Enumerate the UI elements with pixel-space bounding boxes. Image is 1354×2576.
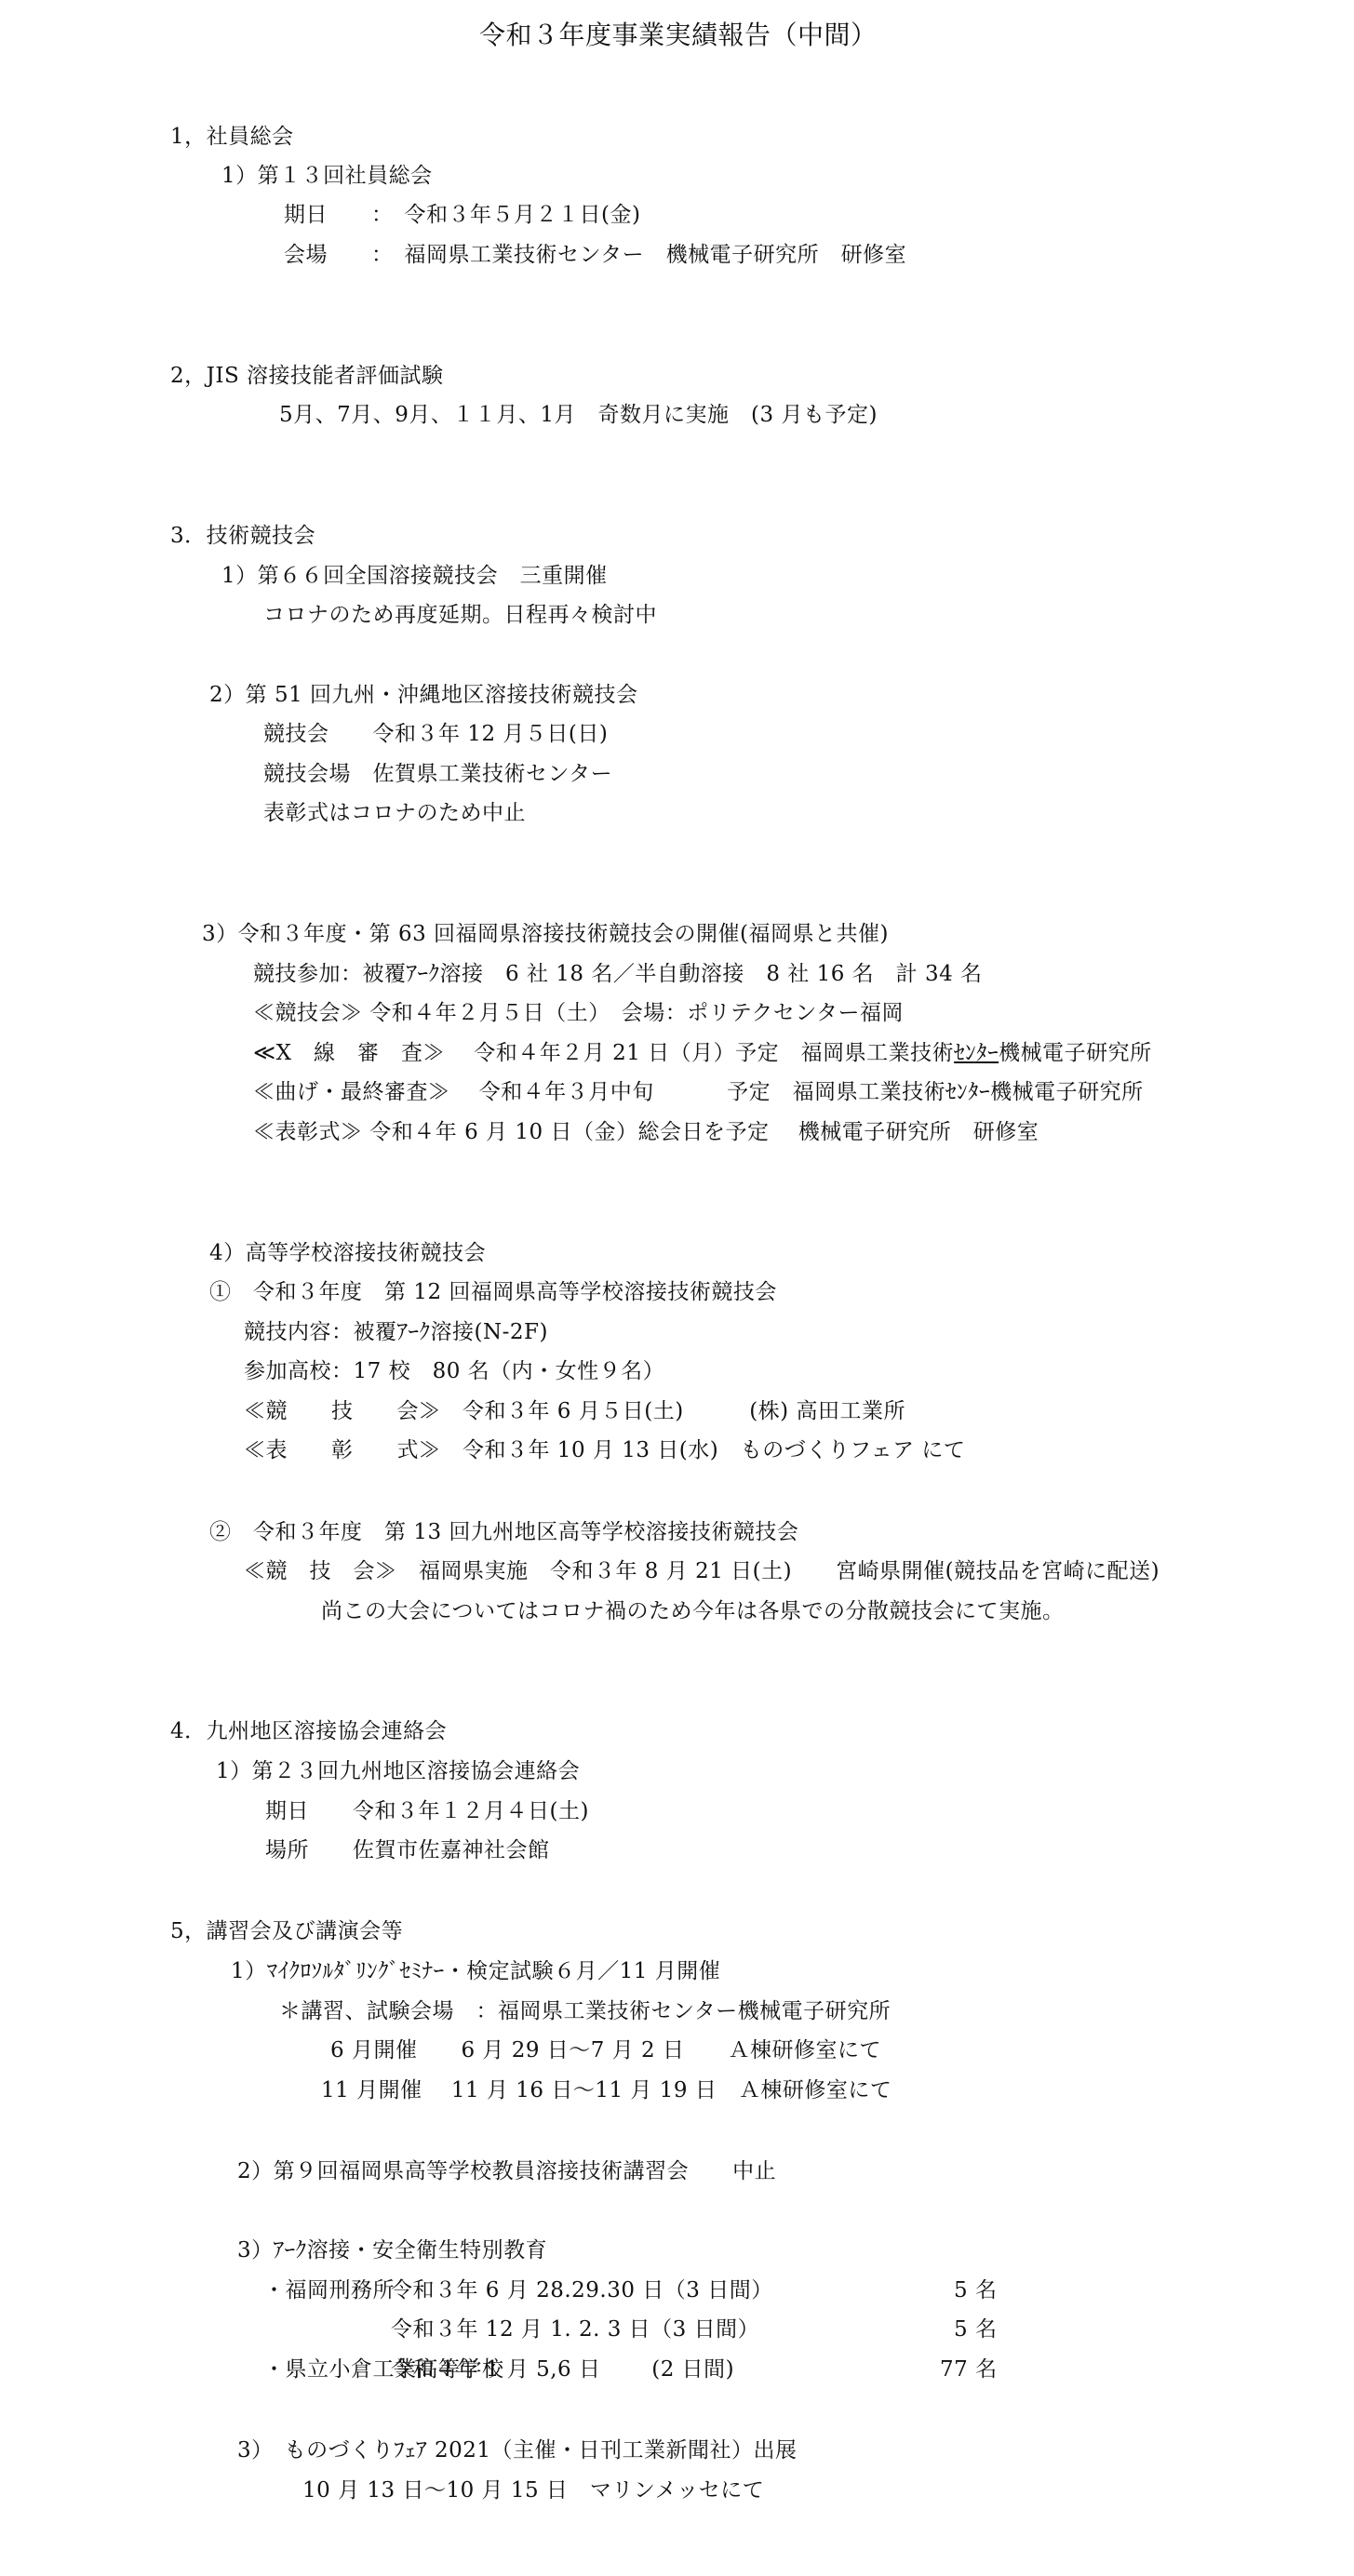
xray-suffix: 機械電子研究所: [999, 1041, 1152, 1065]
item-date: 10 月 13 日〜10 月 15 日 マリンメッセにて: [302, 2476, 764, 2504]
item-label: 1）第２３回九州地区溶接協会連絡会: [216, 1757, 580, 1785]
item-venue: 会場 ： 福岡県工業技術センター 機械電子研究所 研修室: [284, 241, 906, 269]
subitem-contest: ≪競 技 会≫ 福岡県実施 令和３年 8 月 21 日(土) 宮崎県開催(競技品…: [244, 1557, 1160, 1585]
item-text: 5月、7月、9月、１１月、1月 奇数月に実施 (3 月も予定): [279, 401, 878, 429]
row-date: 令和３年 12 月 1. 2. 3 日（3 日間）: [391, 2316, 759, 2343]
item-date: 競技会 令和３年 12 月５日(日): [263, 720, 608, 748]
row-count: 77 名: [940, 2356, 998, 2383]
row-date: 令和３年 6 月 28.29.30 日（3 日間）: [391, 2276, 773, 2304]
section-heading-1: 1，社員総会: [170, 123, 294, 151]
xray-underlined: ｾﾝﾀｰ: [954, 1041, 999, 1065]
item-date: 期日 令和３年１２月４日(土): [265, 1797, 589, 1825]
section-heading-5: 5，講習会及び講演会等: [170, 1917, 403, 1945]
item-note: 表彰式はコロナのため中止: [263, 799, 526, 827]
item-date: 期日 ： 令和３年５月２１日(金): [284, 201, 640, 229]
item-bend: ≪曲げ・最終審査≫ 令和４年３月中旬 予定 福岡県工業技術ｾﾝﾀｰ機械電子研究所: [253, 1078, 1144, 1106]
item-xray: ≪X 線 審 査≫ 令和４年２月 21 日（月）予定 福岡県工業技術ｾﾝﾀｰ機械…: [253, 1039, 1152, 1067]
item-label: 2）第９回福岡県高等学校教員溶接技術講習会 中止: [237, 2157, 776, 2185]
subitem-label: ① 令和３年度 第 12 回福岡県高等学校溶接技術競技会: [209, 1278, 777, 1306]
item-contest: ≪競技会≫ 令和４年２月５日（土） 会場：ポリテクセンター福岡: [253, 999, 904, 1027]
row-count: 5 名: [954, 2316, 997, 2343]
item-label: 3）ｱｰｸ溶接・安全衛生特別教育: [237, 2236, 547, 2264]
row-count: 5 名: [954, 2276, 997, 2304]
subitem-contest: ≪競 技 会≫ 令和３年 6 月５日(土) (株) 高田工業所: [244, 1397, 905, 1425]
subitem-label: ② 令和３年度 第 13 回九州地区高等学校溶接技術競技会: [209, 1518, 798, 1546]
section-heading-3: 3．技術競技会: [170, 522, 315, 550]
subitem-note: 尚この大会についてはコロナ禍のため今年は各県での分散競技会にて実施。: [321, 1597, 1065, 1625]
item-participants: 競技参加：被覆ｱｰｸ溶接 6 社 18 名／半自動溶接 8 社 16 名 計 3…: [253, 960, 983, 988]
item-venue: 競技会場 佐賀県工業技術センター: [263, 760, 612, 788]
row-date: 令和４年 1 月 5,6 日 (2 日間): [391, 2356, 734, 2383]
subitem-schools: 参加高校：17 校 80 名（内・女性９名）: [244, 1357, 664, 1385]
item-label: 1）ﾏｲｸﾛｿﾙﾀﾞﾘﾝｸﾞｾﾐﾅｰ・検定試験６月／11 月開催: [231, 1957, 720, 1985]
subitem-content: 競技内容：被覆ｱｰｸ溶接(N-2F): [244, 1318, 548, 1346]
item-label: 1）第１３回社員総会: [221, 162, 433, 190]
item-label: 2）第 51 回九州・沖縄地区溶接技術競技会: [209, 681, 638, 709]
item-label: 1）第６６回全国溶接競技会 三重開催: [221, 562, 608, 590]
item-label: 3） ものづくりﾌｪｱ 2021（主催・日刊工業新聞社）出展: [237, 2436, 797, 2464]
item-label: 3）令和３年度・第 63 回福岡県溶接技術競技会の開催(福岡県と共催): [202, 920, 889, 948]
row-place: ・福岡刑務所: [263, 2276, 395, 2304]
subitem-award: ≪表 彰 式≫ 令和３年 10 月 13 日(水) ものづくりフェア にて: [244, 1436, 965, 1464]
item-june: 6 月開催 6 月 29 日〜7 月 2 日 Ａ棟研修室にて: [330, 2036, 881, 2064]
item-venue: ＊講習、試験会場 ：福岡県工業技術センター機械電子研究所: [279, 1997, 891, 2025]
item-award: ≪表彰式≫ 令和４年 6 月 10 日（金）総会日を予定 機械電子研究所 研修室: [253, 1118, 1039, 1146]
xray-prefix: ≪X 線 審 査≫ 令和４年２月 21 日（月）予定 福岡県工業技術: [253, 1041, 954, 1065]
page-title: 令和３年度事業実績報告（中間）: [479, 19, 878, 52]
item-nov: 11 月開催 11 月 16 日〜11 月 19 日 Ａ棟研修室にて: [321, 2076, 891, 2104]
section-heading-4: 4．九州地区溶接協会連絡会: [170, 1717, 447, 1745]
section-heading-2: 2，JIS 溶接技能者評価試験: [170, 362, 444, 390]
item-venue: 場所 佐賀市佐嘉神社会館: [265, 1836, 550, 1864]
item-note: コロナのため再度延期。日程再々検討中: [263, 601, 657, 629]
item-label: 4）高等学校溶接技術競技会: [209, 1239, 486, 1267]
